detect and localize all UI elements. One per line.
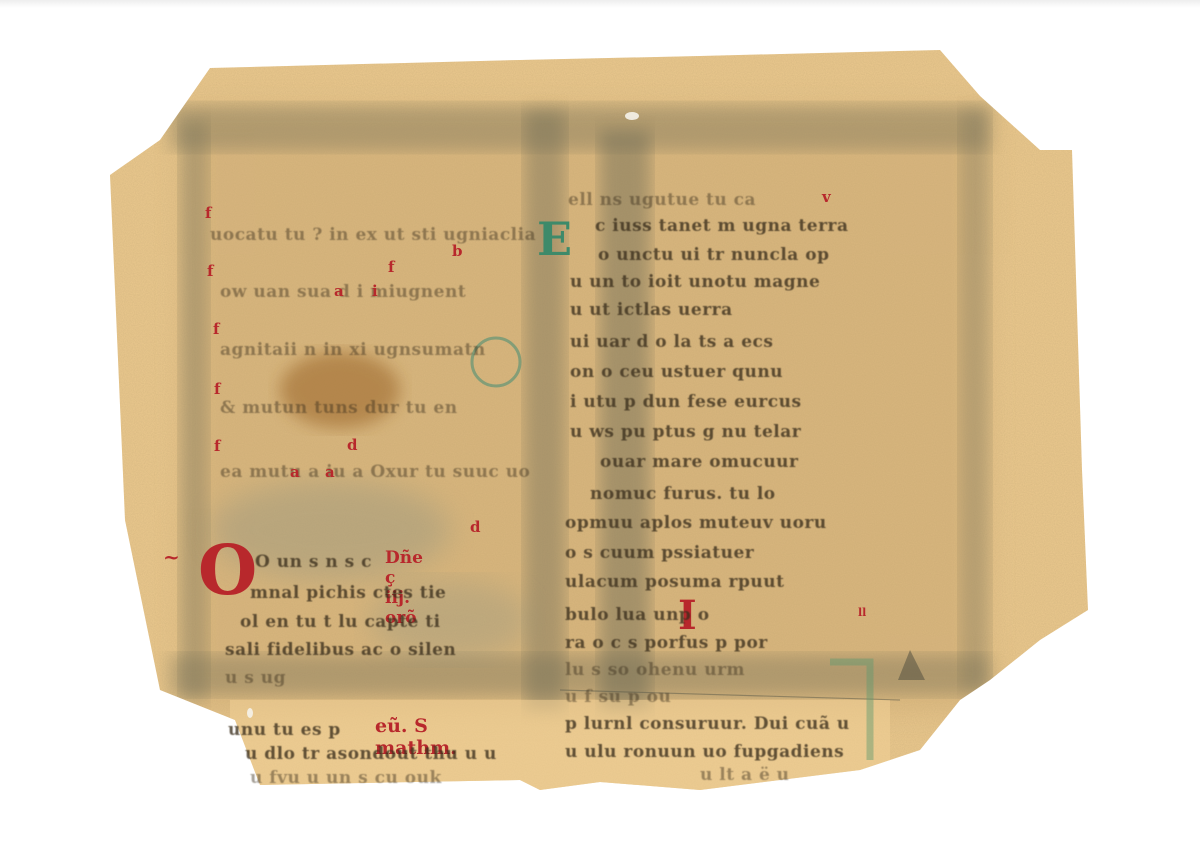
rubric-mark: v (822, 188, 831, 206)
rubric-mark: ll (858, 606, 866, 619)
text-line: sali fidelibus ac o silen (225, 640, 456, 660)
text-line: i utu p dun fese eurcus (570, 392, 802, 412)
text-line: u dlo tr asondout thu u u (245, 744, 497, 764)
text-line: u lt a ë u (700, 765, 790, 785)
text-line: ra o c s porfus p por (565, 633, 768, 653)
rubric-letter: a (290, 463, 300, 481)
rubric-letter: f (388, 258, 394, 276)
rubric-letter: i (372, 282, 378, 300)
text-line: u ut ictlas uerra (570, 300, 733, 320)
rubric-letter: a (334, 282, 344, 300)
text-line: u s ug (225, 668, 286, 688)
text-line: ulacum posuma rpuut (565, 572, 784, 592)
text-line: u ulu ronuun uo fupgadiens (565, 742, 844, 762)
text-line: O un s n s c (255, 552, 372, 572)
text-line: u ws pu ptus g nu telar (570, 422, 801, 442)
text-line: p lurnl consuruur. Dui cuã u (565, 714, 850, 734)
text-line: o unctu ui tr nuncla op (598, 245, 829, 265)
flourish-icon: ~ (163, 545, 180, 569)
text-line: ouar mare omucuur (600, 452, 799, 472)
text-line: u f su p ou (565, 687, 671, 707)
decorated-initial-o: O (198, 535, 257, 607)
marginal-letter: f (207, 262, 213, 280)
text-line: & mutun tuns dur tu en (220, 398, 458, 418)
text-line: ell ns ugutue tu ca (568, 190, 756, 210)
text-line: c iuss tanet m ugna terra (595, 216, 849, 236)
rubric-letter: a (325, 463, 335, 481)
text-line: on o ceu ustuer qunu (570, 362, 783, 382)
text-line: uocatu tu ? in ex ut sti ugniaclia (210, 225, 536, 245)
marginal-letter: f (213, 320, 219, 338)
text-line: opmuu aplos muteuv uoru (565, 513, 827, 533)
text-line: ui uar d o la ts a ecs (570, 332, 773, 352)
rubric-letter: b (452, 242, 463, 260)
text-line: ol en tu t lu capte ti (240, 612, 441, 632)
text-line: ea mutu a iu a Oxur tu suuc uo (220, 462, 530, 482)
rubric-letter: d (470, 518, 481, 536)
rubric-letter: d (347, 436, 358, 454)
text-line: bulo lua unp o (565, 605, 710, 625)
marginal-letter: f (205, 204, 211, 222)
text-line: u un to ioit unotu magne (570, 272, 820, 292)
text-line: u fvu u un s cu ouk (250, 768, 442, 788)
text-line: unu tu es p (228, 720, 341, 740)
marginal-letter: f (214, 437, 220, 455)
marginal-letter: f (214, 380, 220, 398)
text-line: agnitaii n in xi ugnsumatn (220, 340, 486, 360)
text-line: nomuc furus. tu lo (590, 484, 776, 504)
decorated-initial-e: E (537, 212, 572, 266)
text-line: mnal pichis ctes tie (250, 583, 446, 603)
text-line: lu s so ohenu urm (565, 660, 745, 680)
text-line: o s cuum pssiatuer (565, 543, 754, 563)
